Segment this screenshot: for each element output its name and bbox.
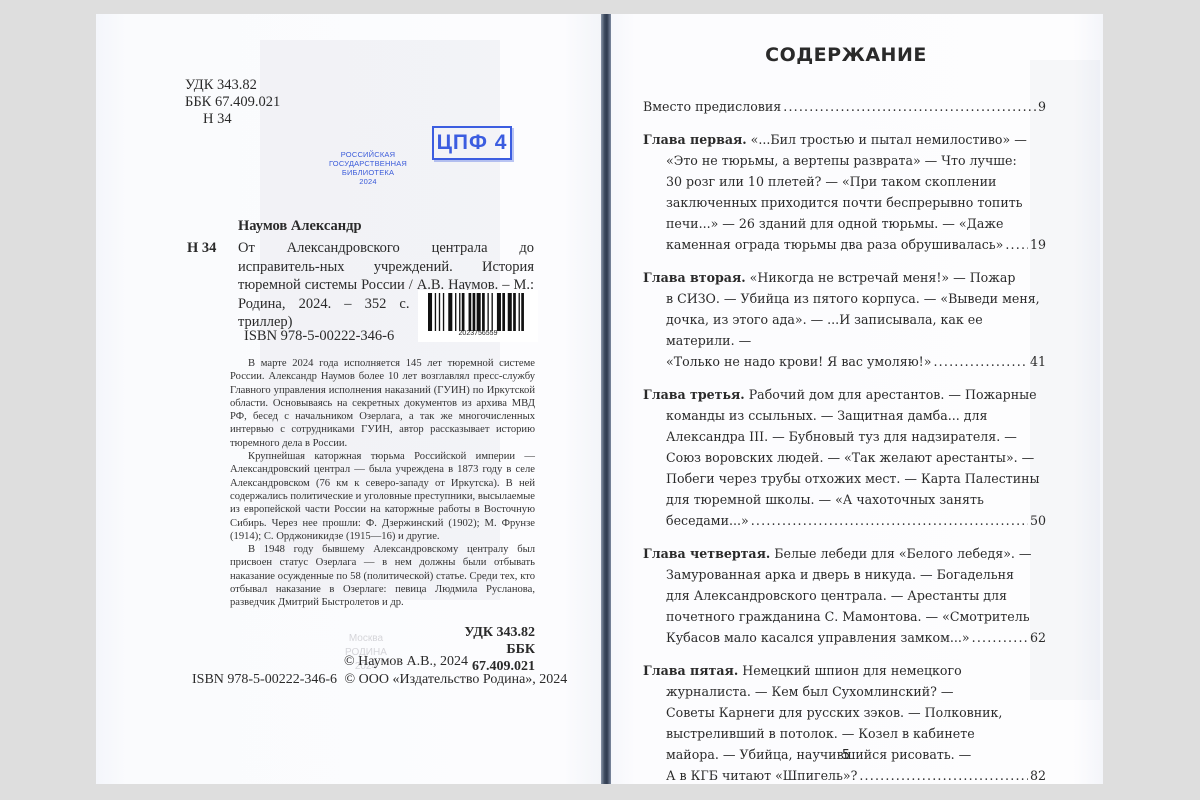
toc-line: Советы Карнеги для русских зэков. — Полк… xyxy=(643,702,1046,723)
annotation-paragraph: В 1948 году бывшему Александровскому цен… xyxy=(230,543,535,609)
udk-code: УДК 343.82 xyxy=(185,77,280,94)
isbn: ISBN 978-5-00222-346-6 xyxy=(244,328,394,345)
classification-codes: УДК 343.82 ББК 67.409.021 Н 34 xyxy=(185,77,280,128)
toc-line: Глава третья. Рабочий дом для арестантов… xyxy=(643,384,1046,405)
toc-line: Побеги через трубы отхожих мест. — Карта… xyxy=(643,468,1046,489)
toc-entry[interactable]: Глава пятая. Немецкий шпион для немецког… xyxy=(643,660,1046,786)
toc-line-text: Вместо предисловия xyxy=(643,96,781,117)
chapter-heading: Глава пятая. xyxy=(643,660,738,681)
toc-line: печи...» — 26 зданий для одной тюрьмы. —… xyxy=(643,213,1046,234)
toc-line: 30 розг или 10 плетей? — «При таком скоп… xyxy=(643,171,1046,192)
toc-entry[interactable]: Глава вторая. «Никогда не встречай меня!… xyxy=(643,267,1046,372)
copyright-author: © Наумов А.В., 2024 xyxy=(344,654,468,670)
toc-line: Глава вторая. «Никогда не встречай меня!… xyxy=(643,267,1046,288)
toc-entry[interactable]: Глава четвертая. Белые лебеди для «Белог… xyxy=(643,543,1046,648)
toc-line-text: беседами...» xyxy=(666,510,749,531)
copyright-row: ISBN 978-5-00222-346-6 © ООО «Издательст… xyxy=(192,672,567,688)
toc-leader-line: Вместо предисловия9 xyxy=(643,96,1046,117)
dot-leader xyxy=(1005,234,1028,255)
toc-line-text: «Только не надо крови! Я вас умоляю!» xyxy=(666,351,931,372)
toc-page-number: 19 xyxy=(1030,234,1046,255)
toc-line: в СИЗО. — Убийца из пятого корпуса. — «В… xyxy=(643,288,1046,309)
book-spine xyxy=(601,14,611,784)
toc-line-text: А в КГБ читают «Шпигель»? xyxy=(666,765,857,786)
annotation-paragraph: Крупнейшая каторжная тюрьма Российской и… xyxy=(230,450,535,543)
toc-line: заключенных приходится почти беспрерывно… xyxy=(643,192,1046,213)
toc-line-text: каменная ограда тюрьмы два раза обрушива… xyxy=(666,234,1003,255)
dot-leader xyxy=(751,510,1028,531)
barcode: 2023756559 xyxy=(418,290,538,342)
copyright-publisher: © ООО «Издательство Родина», 2024 xyxy=(345,672,568,687)
toc-line: Александра III. — Бубновый туз для надзи… xyxy=(643,426,1046,447)
author-mark: Н 34 xyxy=(185,111,280,128)
chapter-heading: Глава третья. xyxy=(643,384,745,405)
annotation-paragraph: В марте 2024 года исполняется 145 лет тю… xyxy=(230,357,535,450)
toc-leader-line: «Только не надо крови! Я вас умоляю!»41 xyxy=(643,351,1046,372)
toc-line: «Это не тюрьмы, а вертепы разврата» — Чт… xyxy=(643,150,1046,171)
dot-leader xyxy=(933,351,1028,372)
page-number: 5 xyxy=(611,748,1081,763)
ghost-stamp-line: Москва xyxy=(345,632,387,646)
chapter-subtitle: «Никогда не встречай меня!» — Пожар xyxy=(746,267,1016,288)
toc-line: Союз воровских людей. — «Так желают арес… xyxy=(643,447,1046,468)
toc-page-number: 82 xyxy=(1030,765,1046,786)
chapter-subtitle: Немецкий шпион для немецкого xyxy=(738,660,961,681)
bib-author-mark: Н 34 xyxy=(187,240,216,257)
toc-line: Глава четвертая. Белые лебеди для «Белог… xyxy=(643,543,1046,564)
toc-line: Замурованная арка и дверь в никуда. — Бо… xyxy=(643,564,1046,585)
stamp-line: РОССИЙСКАЯ xyxy=(318,150,418,159)
toc-line: почетного гражданина С. Мамонтова. — «См… xyxy=(643,606,1046,627)
toc-entry[interactable]: Вместо предисловия9 xyxy=(643,96,1046,117)
toc-line: выстреливший в потолок. — Козел в кабине… xyxy=(643,723,1046,744)
toc-leader-line: Кубасов мало касался управления замком..… xyxy=(643,627,1046,648)
author-name: Наумов Александр xyxy=(238,218,362,235)
toc-entry[interactable]: Глава третья. Рабочий дом для арестантов… xyxy=(643,384,1046,531)
toc-line: команды из ссыльных. — Защитная дамба...… xyxy=(643,405,1046,426)
toc-line: для Александровского централа. — Арестан… xyxy=(643,585,1046,606)
bbk-code: ББК 67.409.021 xyxy=(185,94,280,111)
toc-line-text: Кубасов мало касался управления замком..… xyxy=(666,627,970,648)
barcode-icon xyxy=(428,293,528,331)
toc-page-number: 41 xyxy=(1030,351,1046,372)
udk-code: УДК 343.82 xyxy=(440,624,535,641)
barcode-number: 2023756559 xyxy=(418,330,538,337)
table-of-contents: Вместо предисловия9Глава первая. «...Бил… xyxy=(643,96,1046,798)
chapter-subtitle: Рабочий дом для арестантов. — Пожарные xyxy=(745,384,1037,405)
isbn-bottom: ISBN 978-5-00222-346-6 xyxy=(192,672,337,687)
toc-leader-line: беседами...»50 xyxy=(643,510,1046,531)
stamp-line: БИБЛИОТЕКА xyxy=(318,168,418,177)
library-stamp: РОССИЙСКАЯ ГОСУДАРСТВЕННАЯ БИБЛИОТЕКА 20… xyxy=(318,150,418,186)
toc-page-number: 9 xyxy=(1038,96,1046,117)
chapter-subtitle: «...Бил тростью и пытал немилостиво» — xyxy=(747,129,1027,150)
toc-line: Глава пятая. Немецкий шпион для немецког… xyxy=(643,660,1046,681)
chapter-heading: Глава четвертая. xyxy=(643,543,770,564)
dot-leader xyxy=(859,765,1028,786)
stamp-line: 2024 xyxy=(318,177,418,186)
dot-leader xyxy=(783,96,1036,117)
toc-line: дочка, из этого ада». — ...И записывала,… xyxy=(643,309,1046,351)
toc-line: журналиста. — Кем был Сухомлинский? — xyxy=(643,681,1046,702)
stamp-line: ГОСУДАРСТВЕННАЯ xyxy=(318,159,418,168)
toc-title: СОДЕРЖАНИЕ xyxy=(611,44,1081,66)
toc-line: для тюремной школы. — «А чахоточных заня… xyxy=(643,489,1046,510)
toc-leader-line: каменная ограда тюрьмы два раза обрушива… xyxy=(643,234,1046,255)
chapter-heading: Глава вторая. xyxy=(643,267,746,288)
toc-page-number: 50 xyxy=(1030,510,1046,531)
toc-entry[interactable]: Глава первая. «...Бил тростью и пытал не… xyxy=(643,129,1046,255)
toc-line: Глава первая. «...Бил тростью и пытал не… xyxy=(643,129,1046,150)
toc-page-number: 62 xyxy=(1030,627,1046,648)
annotation: В марте 2024 года исполняется 145 лет тю… xyxy=(230,357,535,610)
cpf-stamp: ЦПФ 4 xyxy=(432,126,512,160)
dot-leader xyxy=(972,627,1028,648)
chapter-subtitle: Белые лебеди для «Белого лебедя». — xyxy=(770,543,1031,564)
toc-leader-line: А в КГБ читают «Шпигель»?82 xyxy=(643,765,1046,786)
chapter-heading: Глава первая. xyxy=(643,129,747,150)
